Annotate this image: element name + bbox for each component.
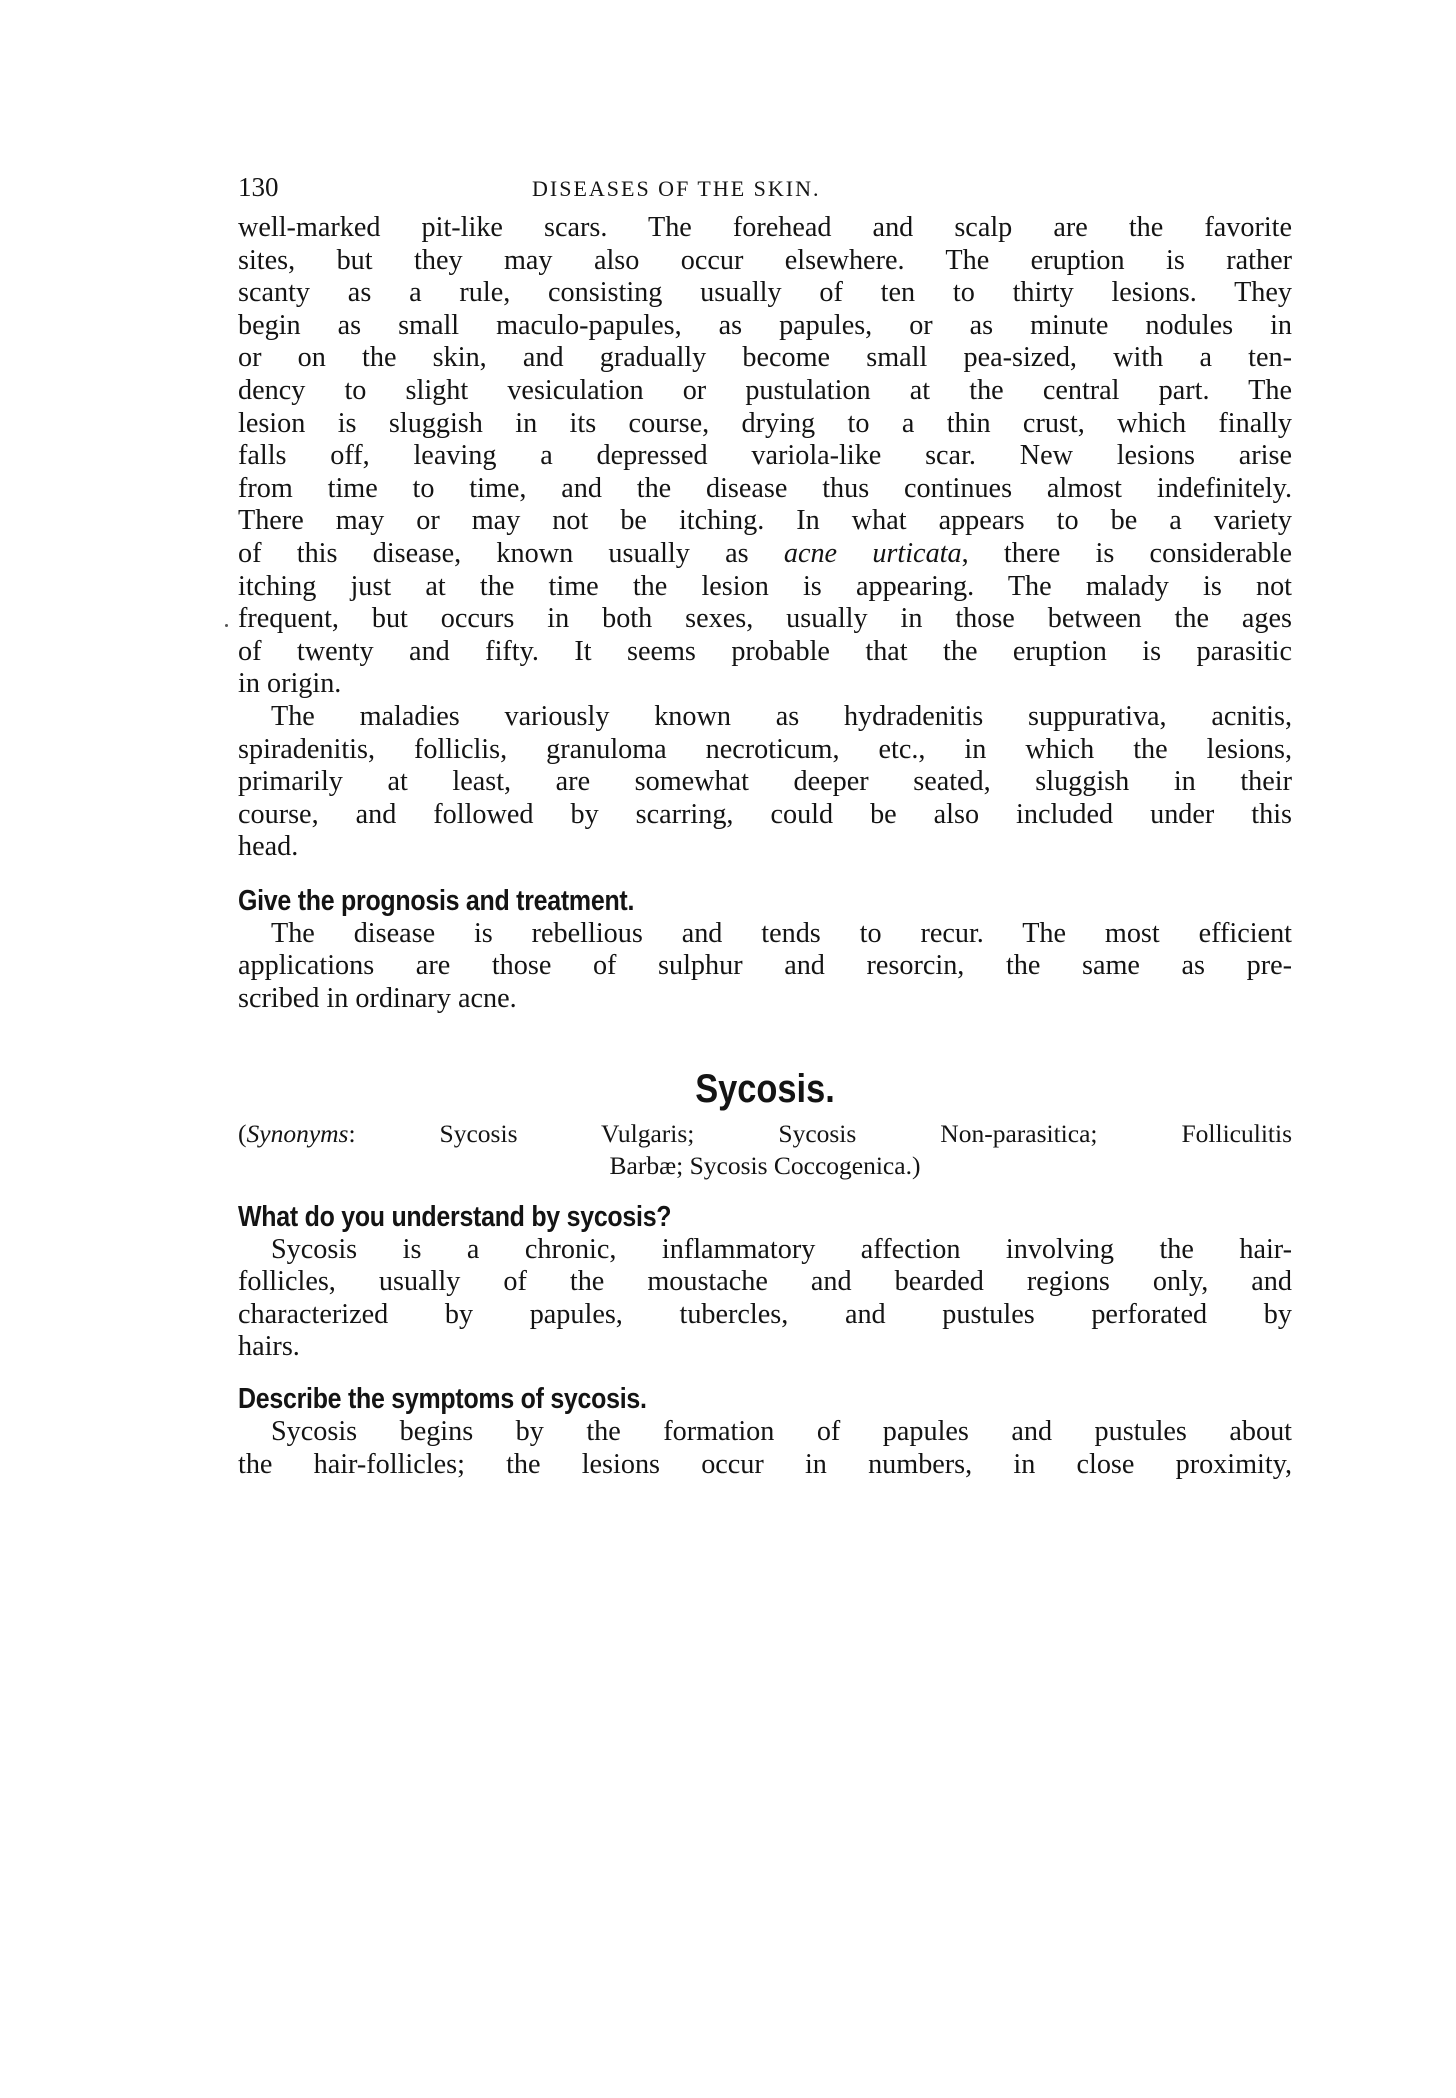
text-line: The maladies variously known as hydraden…	[238, 701, 1292, 734]
text-line-with-italic: of this disease, known usually as acne u…	[238, 538, 1292, 571]
synonyms-block: (Synonyms: Sycosis Vulgaris; Sycosis Non…	[238, 1118, 1292, 1182]
text-line: or on the skin, and gradually become sma…	[238, 342, 1292, 375]
text-line: spiradenitis, folliclis, granuloma necro…	[238, 734, 1292, 767]
paragraph-acne-varioliformis-continued: well-marked pit-like scars. The forehead…	[238, 212, 1292, 701]
page-number: 130	[238, 172, 279, 203]
text-line: frequent, but occurs in both sexes, usua…	[238, 603, 1292, 636]
question-heading-definition: What do you understand by sycosis?	[238, 1200, 1144, 1234]
running-head-title: DISEASES OF THE SKIN.	[532, 176, 821, 202]
text-line: Sycosis is a chronic, inflammatory affec…	[238, 1234, 1292, 1267]
text-line: falls off, leaving a depressed variola-l…	[238, 440, 1292, 473]
text-line: There may or may not be itching. In what…	[238, 505, 1292, 538]
text-line: characterized by papules, tubercles, and…	[238, 1299, 1292, 1332]
text-line: course, and followed by scarring, could …	[238, 799, 1292, 832]
answer-symptoms: Sycosis begins by the formation of papul…	[238, 1416, 1292, 1481]
question-heading-symptoms: Describe the symptoms of sycosis.	[238, 1382, 1144, 1416]
text-line: primarily at least, are somewhat deeper …	[238, 766, 1292, 799]
text-line: hairs.	[238, 1331, 1292, 1364]
text-line: Sycosis begins by the formation of papul…	[238, 1416, 1292, 1449]
text-line: from time to time, and the disease thus …	[238, 473, 1292, 506]
paragraph-related-maladies: The maladies variously known as hydraden…	[238, 701, 1292, 864]
text-line: itching just at the time the lesion is a…	[238, 571, 1292, 604]
text-line: follicles, usually of the moustache and …	[238, 1266, 1292, 1299]
text-line: well-marked pit-like scars. The forehead…	[238, 212, 1292, 245]
text-line: head.	[238, 831, 1292, 864]
text-line: in origin.	[238, 668, 1292, 701]
text-line: dency to slight vesiculation or pustulat…	[238, 375, 1292, 408]
text-run: of this disease, known usually as	[238, 538, 784, 569]
text-line: The disease is rebellious and tends to r…	[238, 918, 1292, 951]
answer-definition: Sycosis is a chronic, inflammatory affec…	[238, 1234, 1292, 1364]
running-head: 130 DISEASES OF THE SKIN.	[238, 172, 1292, 212]
synonyms-line: Barbæ; Sycosis Coccogenica.)	[238, 1150, 1292, 1182]
print-speck	[225, 624, 228, 627]
question-heading-prognosis: Give the prognosis and treatment.	[238, 884, 1144, 918]
synonyms-label: Synonyms	[247, 1119, 349, 1148]
text-line: scribed in ordinary acne.	[238, 983, 1292, 1016]
synonyms-list: : Sycosis Vulgaris; Sycosis Non-parasiti…	[348, 1119, 1292, 1148]
book-page: 130 DISEASES OF THE SKIN. well-marked pi…	[238, 172, 1292, 1481]
text-run: , there is considerable	[962, 538, 1292, 569]
text-line: sites, but they may also occur elsewhere…	[238, 245, 1292, 278]
answer-prognosis: The disease is rebellious and tends to r…	[238, 918, 1292, 1016]
section-title-sycosis: Sycosis.	[312, 1066, 1218, 1112]
text-line: applications are those of sulphur and re…	[238, 950, 1292, 983]
synonyms-line: (Synonyms: Sycosis Vulgaris; Sycosis Non…	[238, 1118, 1292, 1150]
italic-term-acne-urticata: acne urticata	[784, 538, 962, 569]
text-line: begin as small maculo-papules, as papule…	[238, 310, 1292, 343]
text-line: scanty as a rule, consisting usually of …	[238, 277, 1292, 310]
text-line: the hair-follicles; the lesions occur in…	[238, 1449, 1292, 1482]
synonyms-open-paren: (	[238, 1119, 247, 1148]
text-line: lesion is sluggish in its course, drying…	[238, 408, 1292, 441]
text-line: of twenty and fifty. It seems probable t…	[238, 636, 1292, 669]
